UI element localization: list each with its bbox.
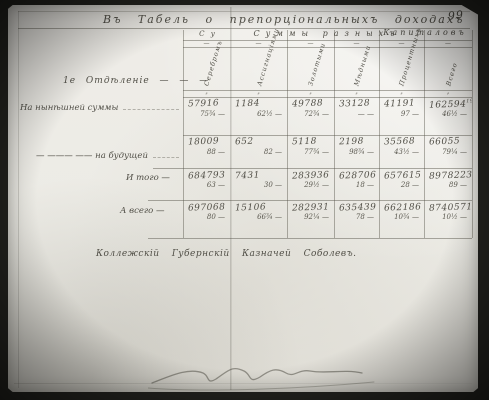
photo-vignette xyxy=(0,0,489,400)
